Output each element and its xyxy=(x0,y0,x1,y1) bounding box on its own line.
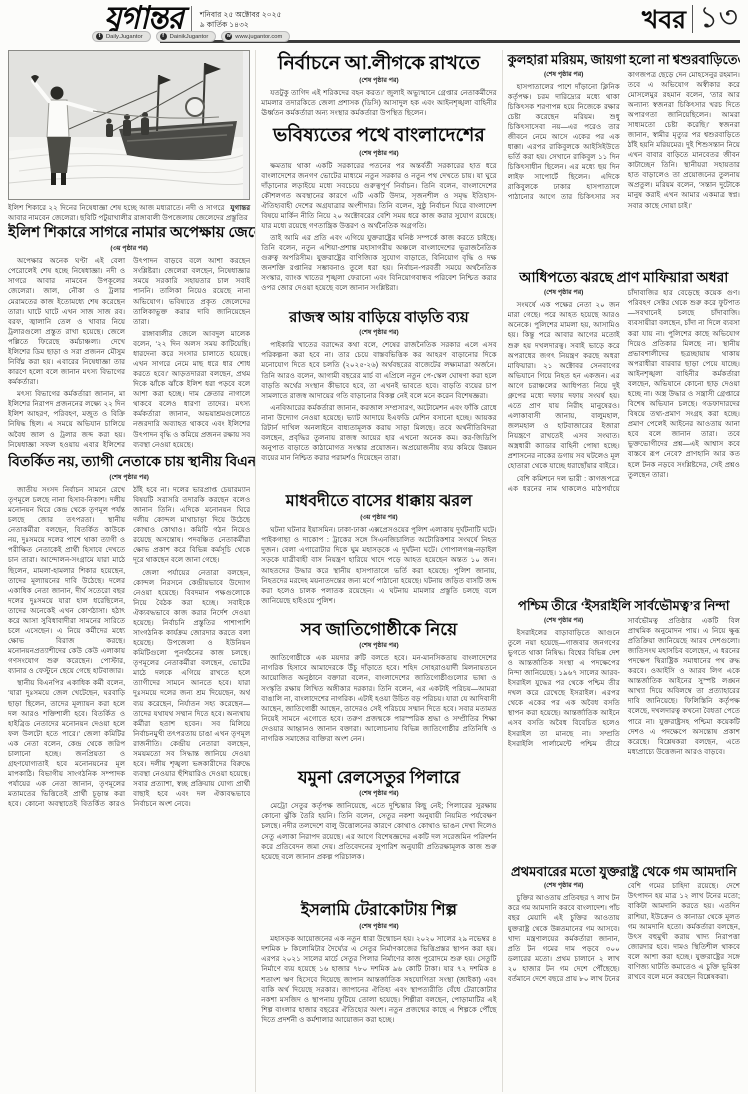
masthead: যুগান্তর শনিবার ২৫ অক্টোবর ২০২৫ ৯ কার্তি… xyxy=(8,4,740,46)
column-middle: নির্বাচনে আ.লীগকে রাখতে (শেষ পৃষ্ঠার পর)… xyxy=(255,50,502,1092)
body-text: ইসরাইলের বাড়াবাড়িতে আগুনে তুলে নয়া হয… xyxy=(508,616,740,757)
continuation-note: (শেষ পৃষ্ঠার পর) xyxy=(508,882,620,891)
section-header: খবর ১৩ xyxy=(642,4,738,33)
continuation-note: (শেষ পৃষ্ঠার পর) xyxy=(261,921,496,932)
article-body-wheat-import: (শেষ পৃষ্ঠার পর) চুক্তির আওতায় প্রতিবছর… xyxy=(508,881,740,1049)
photo-credit: যুগান্তর xyxy=(224,203,250,213)
article-body-future-bangladesh: ক্ষমতায় থাকা একটি সরকারের পতনের পর অন্ত… xyxy=(261,161,496,307)
headline-madhabdi-accident: মাধবদীতে বাসের ধাক্কায় ঝরল xyxy=(261,493,496,511)
headline-future-bangladesh: ভবিষ্যতের পথে বাংলাদেশের xyxy=(261,125,496,146)
body-text: হাসপাতালের পাশে দাঁড়ানো ক্লিনিক কর্তৃপক… xyxy=(508,70,740,211)
continuation-note: (শেষ পৃষ্ঠার পর) xyxy=(508,71,620,80)
globe-icon: w xyxy=(225,33,232,40)
headline-mafia: আধিপত্যে ঝরছে প্রাণ মাফিয়ারা অধরা xyxy=(508,271,740,287)
article-body-mariam: (শেষ পৃষ্ঠার পর) হাসপাতালের পাশে দাঁড়ান… xyxy=(508,70,740,268)
headline-west-bank: পশ্চিম তীরে ‘ইসরাইলি সার্বভৌমত্ব’র নিন্দ… xyxy=(508,599,740,614)
headline-ethnic-groups: সব জাতিগোষ্ঠীকে নিয়ে xyxy=(261,620,496,639)
article-body-mafia: (শেষ পৃষ্ঠার পর) সংঘর্ষে এক পক্ষের নেতা … xyxy=(508,288,740,596)
body-text: জাতিগোষ্ঠীকে এক ময়দার রুটি বলতে হবে। মন… xyxy=(261,653,496,744)
continuation-note: (শেষ পৃষ্ঠার পর) xyxy=(261,148,496,159)
body-text: সংঘর্ষে এক পক্ষের নেতা ২০ জন মারা গেছে। … xyxy=(508,300,620,471)
continuation-note: (৩য় পৃষ্ঠার পর) xyxy=(261,512,496,523)
article-body-revenue: পাইকারি খাতের বরাদ্দের কথা বলে, শেষের রা… xyxy=(261,340,496,490)
facebook-icon: f xyxy=(160,33,167,40)
lead-photo xyxy=(8,50,250,200)
section-name: খবর xyxy=(642,8,686,33)
continuation-note: (শেষ পৃষ্ঠার পর) xyxy=(8,472,250,483)
body-text: জেলা পর্যায়ের নেতারা বলছেন, কোন্দল নিরস… xyxy=(133,568,250,810)
headline-islamic-terracotta: ইসলামি টেরাকোটায় শিল্প xyxy=(261,902,496,920)
body-text: পাইকারি খাতের বরাদ্দের কথা বলে, শেষের রা… xyxy=(261,340,496,400)
article-body-madhabdi-accident: ঘটনা ঘটনার ইয়াসমিন। ঢাকা-ঢাকা এক্সপ্রেস… xyxy=(261,525,496,617)
newspaper-page: যুগান্তর শনিবার ২৫ অক্টোবর ২০২৫ ৯ কার্তি… xyxy=(0,0,748,1094)
headline-revenue: রাজস্ব আয় বাড়িয়ে বাড়তি ব্যয় xyxy=(261,310,496,327)
article-body-jamuna-rail-bridge: মেট্রো সেতুর কর্তৃপক্ষ জানিয়েছে, এতে দু… xyxy=(261,801,496,899)
masthead-divider xyxy=(191,6,192,32)
article-body-ethnic-groups: জাতিগোষ্ঠীকে এক ময়দার রুটি বলতে হবে। মন… xyxy=(261,653,496,765)
social-badges: t Daily.Jugantor f DainikJugantor w www.… xyxy=(92,31,290,42)
column-left: যুগান্তর ইলিশ শিকারে ২২ দিনের নিষেধাজ্ঞা… xyxy=(8,50,255,1092)
body-text: ঘটনা ঘটনার ইয়াসমিন। ঢাকা-ঢাকা এক্সপ্রেস… xyxy=(261,525,496,606)
headline-wheat-import: প্রথমবারের মতো যুক্তরাষ্ট্র থেকে গম আমদা… xyxy=(508,865,740,880)
social-badge-label: Daily.Jugantor xyxy=(106,34,143,40)
social-badge-twitter: t Daily.Jugantor xyxy=(92,31,151,42)
article-body-bnp: জাতীয় সংসদ নির্বাচন সামনে রেখে তৃণমূলে … xyxy=(8,485,250,1069)
article-body-hilsa: অপেক্ষার অনেক ঘণ্টা এই বেলা পেরোলেই শেষ … xyxy=(8,256,250,452)
body-text: যতটুকু তাগিদ এই শরিকদের বহন করত।’ জুলাই … xyxy=(261,88,496,118)
page-columns: যুগান্তর ইলিশ শিকারে ২২ দিনের নিষেধাজ্ঞা… xyxy=(8,50,740,1092)
headline-bnp: বিতর্কিত নয়, ত্যাগী নেতাকে চায় স্থানীয… xyxy=(8,455,250,471)
body-text: মেট্রো সেতুর কর্তৃপক্ষ জানিয়েছে, এতে দু… xyxy=(261,801,496,861)
continuation-note: (৩য় পৃষ্ঠার পর) xyxy=(8,243,250,254)
article-body-west-bank: (শেষ পৃষ্ঠার পর) ইসরাইলের বাড়াবাড়িতে আ… xyxy=(508,616,740,862)
headline-awami-league: নির্বাচনে আ.লীগকে রাখতে xyxy=(261,53,496,74)
body-text: জাতীয় সংসদ নির্বাচন সামনে রেখে তৃণমূলে … xyxy=(8,485,125,676)
continuation-note: (শেষ পৃষ্ঠার পর) xyxy=(261,75,496,86)
social-badge-label: www.jugantor.com xyxy=(235,34,282,40)
body-text: রাঙ্গাবালীর জেলে আবদুল মালেক বলেন, ‘২২ দ… xyxy=(133,329,250,450)
social-badge-facebook: f DainikJugantor xyxy=(156,31,217,42)
headline-mariam: কুলহারা মরিয়ম, জায়গা হলো না শ্বশুরবাড়… xyxy=(508,53,740,68)
continuation-note: (শেষ পৃষ্ঠার পর) xyxy=(508,617,620,626)
continuation-note: (শেষ পৃষ্ঠার পর) xyxy=(261,327,496,338)
photo-caption-text: ইলিশ শিকারে ২২ দিনের নিষেধাজ্ঞা শেষ হচ্ছ… xyxy=(8,203,248,222)
social-badge-website: w www.jugantor.com xyxy=(221,31,290,42)
section-divider xyxy=(692,5,693,33)
column-right: কুলহারা মরিয়ম, জায়গা হলো না শ্বশুরবাড়… xyxy=(503,50,740,1092)
article-body-awami-league: যতটুকু তাগিদ এই শরিকদের বহন করত।’ জুলাই … xyxy=(261,88,496,122)
headline-hilsa: ইলিশ শিকারে সাগরে নামার অপেক্ষায় জেলেরা xyxy=(8,225,250,242)
body-text: মহাসড়ক আয়োজনের এক নতুন ধারা উন্মোচন হয… xyxy=(261,934,496,1025)
article-body-islamic-terracotta: মহাসড়ক আয়োজনের এক নতুন ধারা উন্মোচন হয… xyxy=(261,934,496,1084)
date-block: শনিবার ২৫ অক্টোবর ২০২৫ ৯ কার্তিক ১৪৩২ xyxy=(200,8,282,30)
body-text: তাই আমি এর প্রতি এবং এগিয়ে যুক্তরাষ্ট্র… xyxy=(261,233,496,293)
twitter-icon: t xyxy=(96,33,103,40)
body-text: এনবিআরের কর্মকর্তারা জানান, করজাল সম্প্র… xyxy=(261,403,496,463)
body-text: চুক্তির আওতায় প্রতিবছর ৭ লাখ টন করে গম … xyxy=(508,881,740,984)
continuation-note: (শেষ পৃষ্ঠার পর) xyxy=(508,289,620,298)
fishermen-photo-illustration xyxy=(9,51,243,199)
body-text: ক্ষমতায় থাকা একটি সরকারের পতনের পর অন্ত… xyxy=(261,161,496,232)
date-gregorian: শনিবার ২৫ অক্টোবর ২০২৫ xyxy=(200,10,282,20)
photo-caption: যুগান্তর ইলিশ শিকারে ২২ দিনের নিষেধাজ্ঞা… xyxy=(8,203,250,222)
continuation-note: (শেষ পৃষ্ঠার পর) xyxy=(261,640,496,651)
page-number: ১৩ xyxy=(699,4,738,33)
body-text: অপেক্ষার অনেক ঘণ্টা এই বেলা পেরোলেই শেষ … xyxy=(8,256,125,387)
date-bengali: ৯ কার্তিক ১৪৩২ xyxy=(200,20,282,30)
continuation-note: (শেষ পৃষ্ঠার পর) xyxy=(261,788,496,799)
headline-jamuna-rail-bridge: যমুনা রেলসেতুর পিলারে xyxy=(261,768,496,787)
social-badge-label: DainikJugantor xyxy=(170,34,209,40)
